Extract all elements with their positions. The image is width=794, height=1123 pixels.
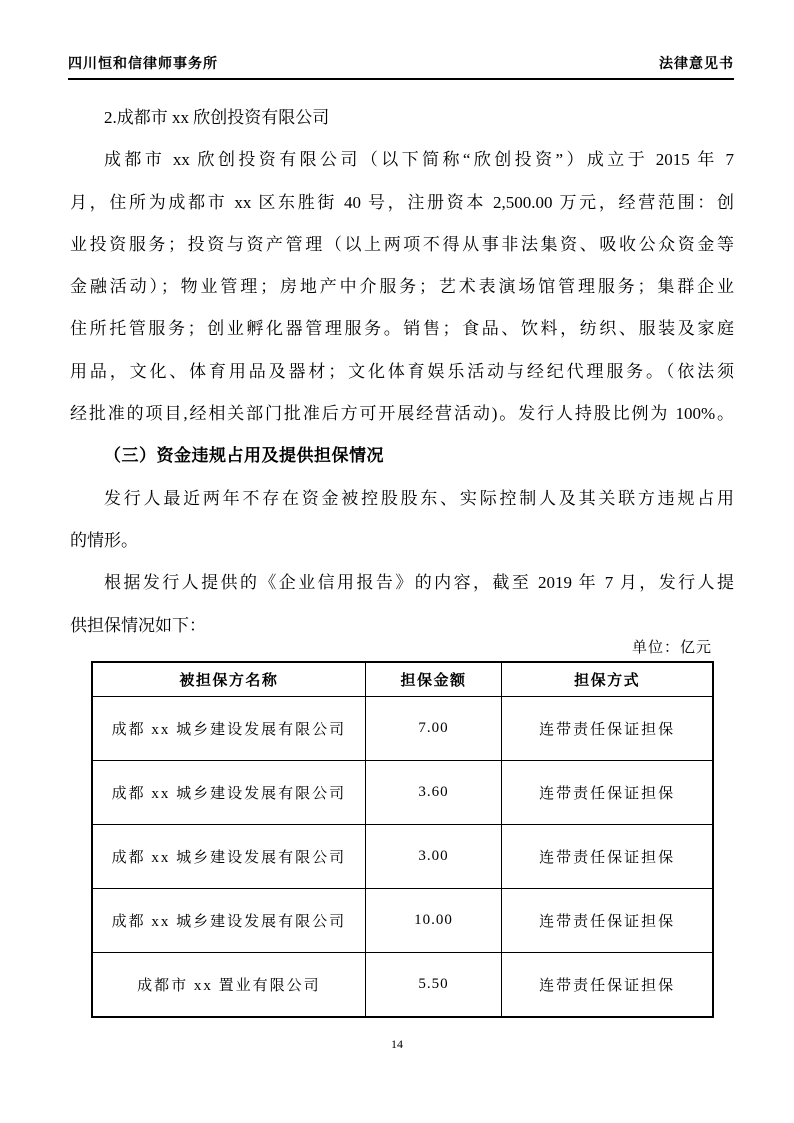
- guarantee-table: 被担保方名称 担保金额 担保方式 成都 xx 城乡建设发展有限公司 7.00 连…: [91, 661, 714, 1018]
- table-row: 成都 xx 城乡建设发展有限公司 10.00 连带责任保证担保: [92, 889, 713, 953]
- page-header: 四川恒和信律师事务所 法律意见书: [68, 53, 734, 80]
- amount-cell: 3.00: [365, 825, 502, 889]
- guaranteed-party-cell: 成都 xx 城乡建设发展有限公司: [92, 889, 365, 953]
- table-header-row: 被担保方名称 担保金额 担保方式: [92, 662, 713, 697]
- body-line: 经批准的项目,经相关部门批准后方可开展经营活动)。发行人持股比例为 100%。: [70, 393, 734, 435]
- body-line: 月，住所为成都市 xx 区东胜街 40 号，注册资本 2,500.00 万元，经…: [70, 182, 734, 224]
- method-cell: 连带责任保证担保: [502, 825, 713, 889]
- body-line: 根据发行人提供的《企业信用报告》的内容，截至 2019 年 7 月，发行人提: [70, 562, 734, 604]
- subsection-title: 2.成都市 xx 欣创投资有限公司: [70, 97, 734, 139]
- guaranteed-party-cell: 成都 xx 城乡建设发展有限公司: [92, 825, 365, 889]
- section-heading: （三）资金违规占用及提供担保情况: [70, 435, 734, 477]
- body-text: 2.成都市 xx 欣创投资有限公司 成都市 xx 欣创投资有限公司（以下简称“欣…: [70, 97, 734, 647]
- document-page: 四川恒和信律师事务所 法律意见书 2.成都市 xx 欣创投资有限公司 成都市 x…: [0, 0, 794, 1123]
- amount-cell: 10.00: [365, 889, 502, 953]
- column-header-amount: 担保金额: [365, 662, 502, 697]
- firm-name-label: 四川恒和信律师事务所: [68, 53, 218, 73]
- body-line: 成都市 xx 欣创投资有限公司（以下简称“欣创投资”）成立于 2015 年 7: [70, 139, 734, 181]
- body-line: 金融活动）；物业管理；房地产中介服务；艺术表演场馆管理服务；集群企业: [70, 266, 734, 308]
- guaranteed-party-cell: 成都 xx 城乡建设发展有限公司: [92, 697, 365, 761]
- method-cell: 连带责任保证担保: [502, 697, 713, 761]
- body-line: 用品，文化、体育用品及器材；文化体育娱乐活动与经纪代理服务。（依法须: [70, 351, 734, 393]
- amount-cell: 3.60: [365, 761, 502, 825]
- table-unit-note: 单位：亿元: [632, 636, 712, 657]
- guaranteed-party-cell: 成都 xx 城乡建设发展有限公司: [92, 761, 365, 825]
- table-row: 成都市 xx 置业有限公司 5.50 连带责任保证担保: [92, 953, 713, 1018]
- doc-type-label: 法律意见书: [659, 53, 734, 73]
- table-row: 成都 xx 城乡建设发展有限公司 3.00 连带责任保证担保: [92, 825, 713, 889]
- table-row: 成都 xx 城乡建设发展有限公司 3.60 连带责任保证担保: [92, 761, 713, 825]
- body-line: 业投资服务；投资与资产管理（以上两项不得从事非法集资、吸收公众资金等: [70, 224, 734, 266]
- column-header-guaranteed-party: 被担保方名称: [92, 662, 365, 697]
- body-line: 的情形。: [70, 520, 734, 562]
- column-header-method: 担保方式: [502, 662, 713, 697]
- page-number: 14: [0, 1037, 794, 1052]
- method-cell: 连带责任保证担保: [502, 761, 713, 825]
- table-row: 成都 xx 城乡建设发展有限公司 7.00 连带责任保证担保: [92, 697, 713, 761]
- amount-cell: 5.50: [365, 953, 502, 1018]
- body-line: 住所托管服务；创业孵化器管理服务。销售；食品、饮料，纺织、服装及家庭: [70, 308, 734, 350]
- method-cell: 连带责任保证担保: [502, 889, 713, 953]
- body-line: 发行人最近两年不存在资金被控股股东、实际控制人及其关联方违规占用: [70, 478, 734, 520]
- amount-cell: 7.00: [365, 697, 502, 761]
- method-cell: 连带责任保证担保: [502, 953, 713, 1018]
- guaranteed-party-cell: 成都市 xx 置业有限公司: [92, 953, 365, 1018]
